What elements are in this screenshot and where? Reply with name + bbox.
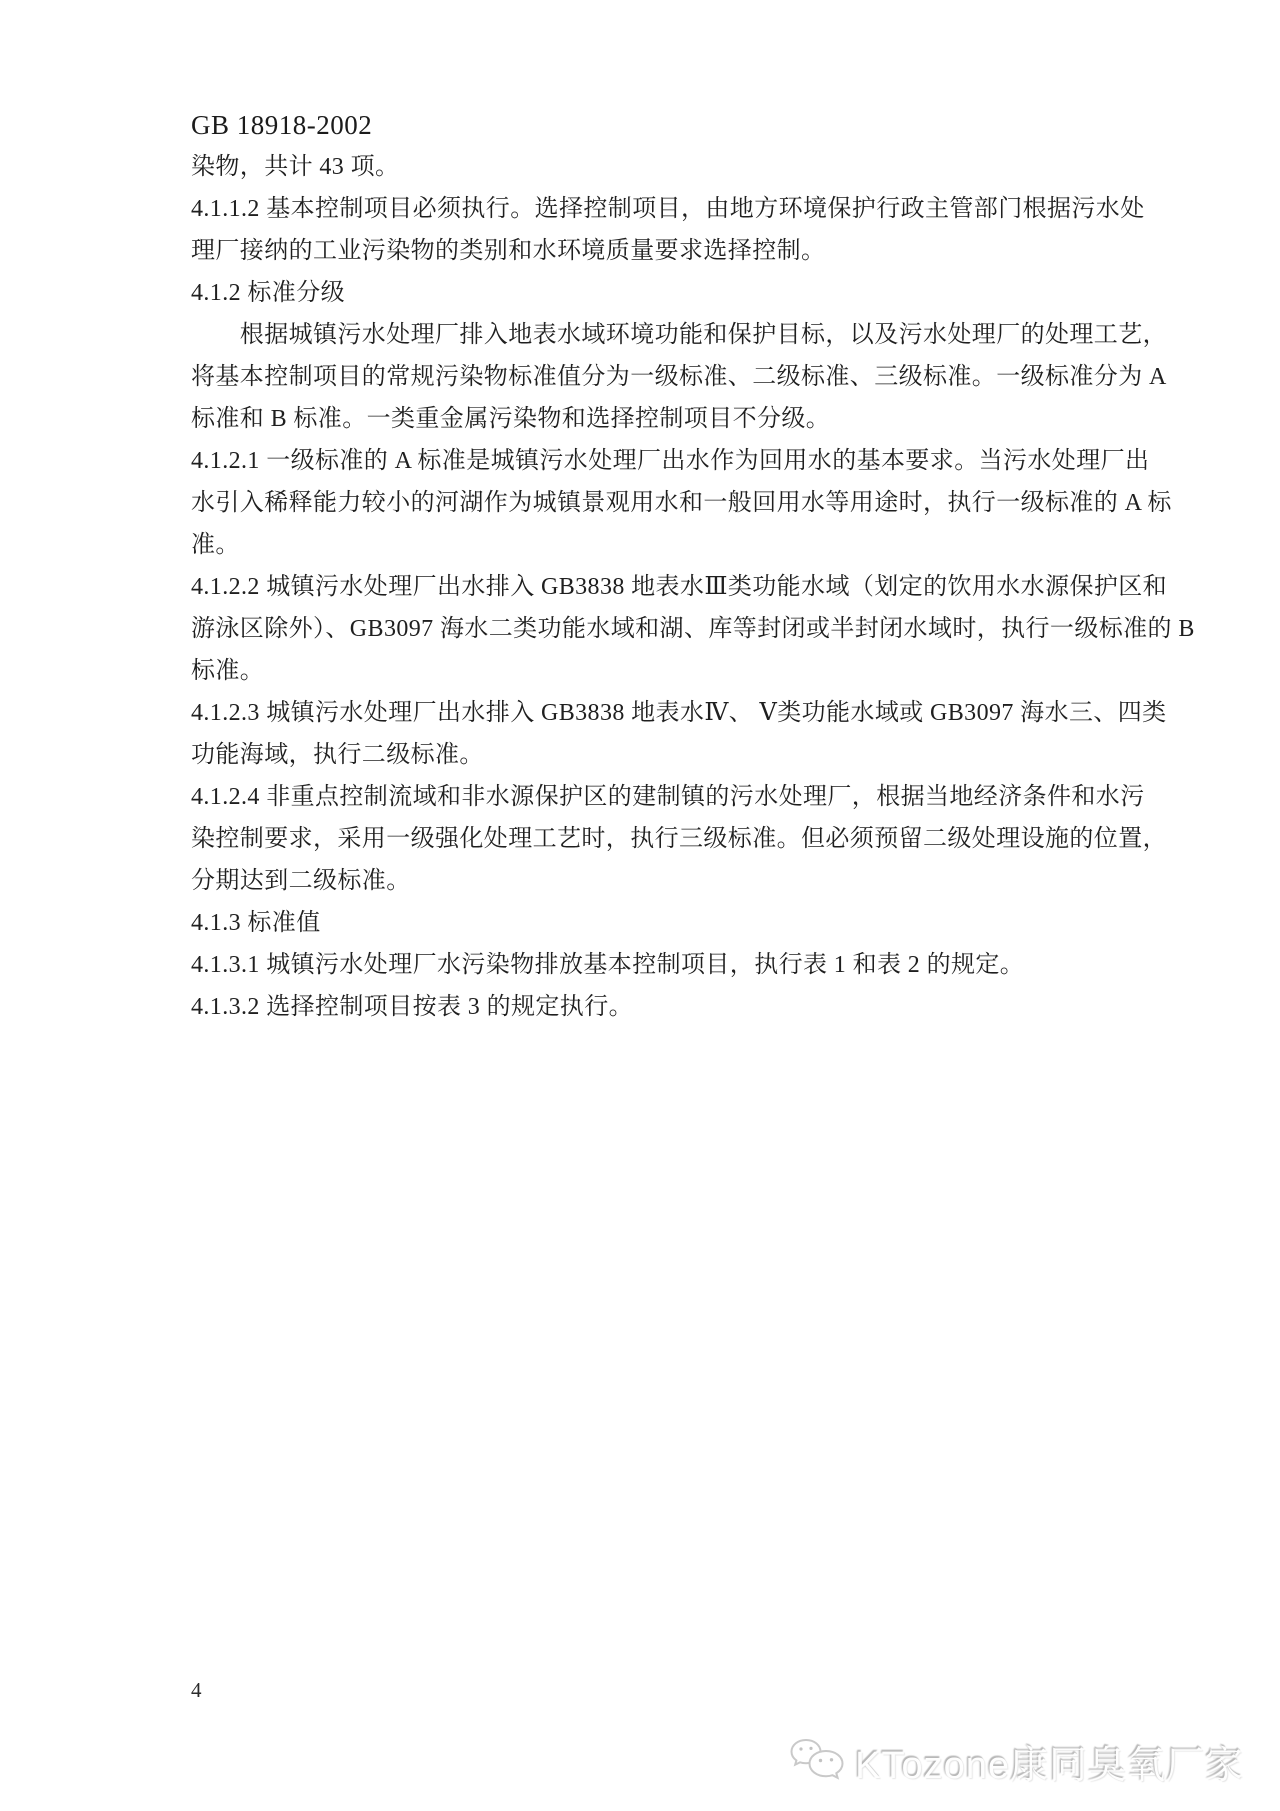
text-line-p10-l0: 4.1.3.2 选择控制项目按表 3 的规定执行。 <box>191 986 1131 1028</box>
text-line-p9-l0: 4.1.3.1 城镇污水处理厂水污染物排放基本控制项目，执行表 1 和表 2 的… <box>191 944 1131 986</box>
text-line-p4-l1: 水引入稀释能力较小的河湖作为城镇景观用水和一般回用水等用途时，执行一级标准的 A… <box>191 482 1131 524</box>
text-line-p8-l0: 4.1.3 标准值 <box>191 902 1131 944</box>
text-line-p1-l0: 4.1.1.2 基本控制项目必须执行。选择控制项目，由地方环境保护行政主管部门根… <box>191 188 1131 230</box>
text-line-p6-l1: 功能海域，执行二级标准。 <box>191 734 1131 776</box>
text-line-p4-l0: 4.1.2.1 一级标准的 A 标准是城镇污水处理厂出水作为回用水的基本要求。当… <box>191 440 1131 482</box>
text-line-p7-l0: 4.1.2.4 非重点控制流域和非水源保护区的建制镇的污水处理厂，根据当地经济条… <box>191 776 1131 818</box>
text-line-p6-l0: 4.1.2.3 城镇污水处理厂出水排入 GB3838 地表水Ⅳ、 Ⅴ类功能水域或… <box>191 692 1131 734</box>
watermark-text: KTozone康同臭氧厂家 <box>855 1734 1244 1789</box>
text-line-p5-l2: 标准。 <box>191 650 1131 692</box>
footer-watermark: KTozone康同臭氧厂家 <box>789 1734 1244 1789</box>
text-line-p4-l2: 准。 <box>191 524 1131 566</box>
text-line-p3-l2: 标准和 B 标准。一类重金属污染物和选择控制项目不分级。 <box>191 398 1131 440</box>
text-line-p5-l0: 4.1.2.2 城镇污水处理厂出水排入 GB3838 地表水Ⅲ类功能水域（划定的… <box>191 566 1131 608</box>
text-line-p3-l1: 将基本控制项目的常规污染物标准值分为一级标准、二级标准、三级标准。一级标准分为 … <box>191 356 1131 398</box>
page-number: 4 <box>191 1678 202 1703</box>
text-line-p7-l1: 染控制要求，采用一级强化处理工艺时，执行三级标准。但必须预留二级处理设施的位置， <box>191 818 1131 860</box>
text-line-p1-l1: 理厂接纳的工业污染物的类别和水环境质量要求选择控制。 <box>191 230 1131 272</box>
document-page: GB 18918-2002 染物，共计 43 项。4.1.1.2 基本控制项目必… <box>0 0 1280 1811</box>
text-line-p5-l1: 游泳区除外）、GB3097 海水二类功能水域和湖、库等封闭或半封闭水域时，执行一… <box>191 608 1131 650</box>
text-line-p3-l0: 根据城镇污水处理厂排入地表水域环境功能和保护目标，以及污水处理厂的处理工艺， <box>191 314 1131 356</box>
text-line-p7-l2: 分期达到二级标准。 <box>191 860 1131 902</box>
document-standard-number: GB 18918-2002 <box>191 104 372 146</box>
wechat-icon <box>789 1738 847 1786</box>
document-body: 染物，共计 43 项。4.1.1.2 基本控制项目必须执行。选择控制项目，由地方… <box>191 146 1131 1028</box>
text-line-p0-l0: 染物，共计 43 项。 <box>191 146 1131 188</box>
text-line-p2-l0: 4.1.2 标准分级 <box>191 272 1131 314</box>
